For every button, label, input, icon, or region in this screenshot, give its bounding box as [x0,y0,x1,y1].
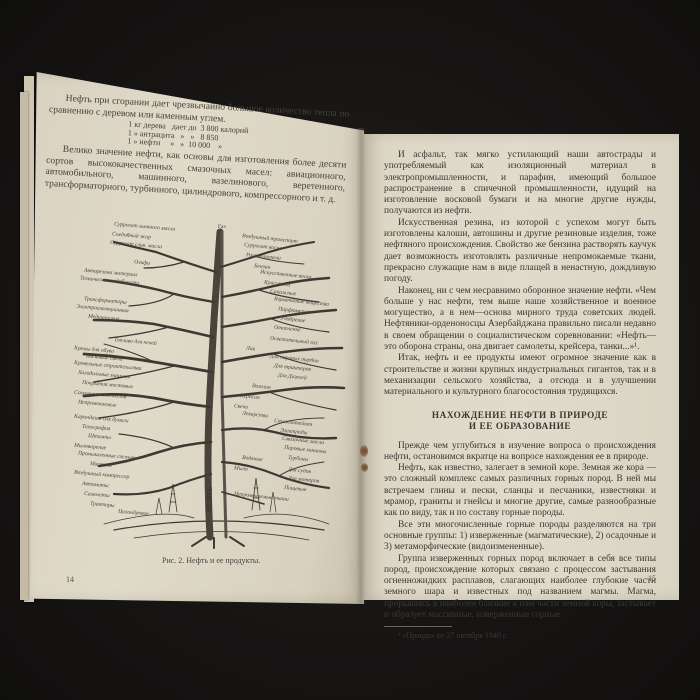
paragraph: Все эти многочисленные горные породы раз… [384,520,656,554]
section-heading: НАХОЖДЕНИЕ НЕФТИ В ПРИРОДЕ И ЕЕ ОБРАЗОВА… [384,410,656,432]
svg-text:Газ: Газ [218,224,226,230]
right-page-text: И асфальт, так мягко устилающий наши авт… [384,150,656,642]
tree-label: Олифа [134,259,151,266]
page-stack-edge [20,92,28,600]
tree-label: Мыло [234,465,248,472]
page-number-right: 15 [648,574,656,583]
paragraph: Прежде чем углубиться в изучение вопроса… [384,441,656,464]
paragraph: Искусственная резина, из которой с успех… [384,218,656,286]
footnote: ¹ «Правда» от 27 октября 1940 г. [384,630,656,641]
tree-label: Лак [246,346,256,353]
footnote-divider [384,626,452,627]
paragraph: Итак, нефть и ее продукты имеют огромное… [384,353,656,398]
page-number-left: 14 [66,575,74,584]
trunk-label: НЕФТЬ [205,486,214,512]
left-page-text: Нефть при сгорании дает чрезвычайно боль… [45,92,350,206]
figure-caption: Рис. 2. Нефть и ее продукты. [162,556,260,565]
paragraph: Наконец, ни с чем несравнимо оборонное з… [384,286,656,354]
paragraph: Группа изверженных горных пород включает… [384,554,656,622]
stain-mark [361,463,368,472]
oil-tree-figure: НЕФТЬ Газ Суррогат льняного масла Съедоб… [74,212,358,552]
stain-mark [360,445,368,457]
paragraph: И асфальт, так мягко устилающий наши авт… [384,150,656,218]
paragraph: Нефть, как известно, залегает в земной к… [384,463,656,519]
